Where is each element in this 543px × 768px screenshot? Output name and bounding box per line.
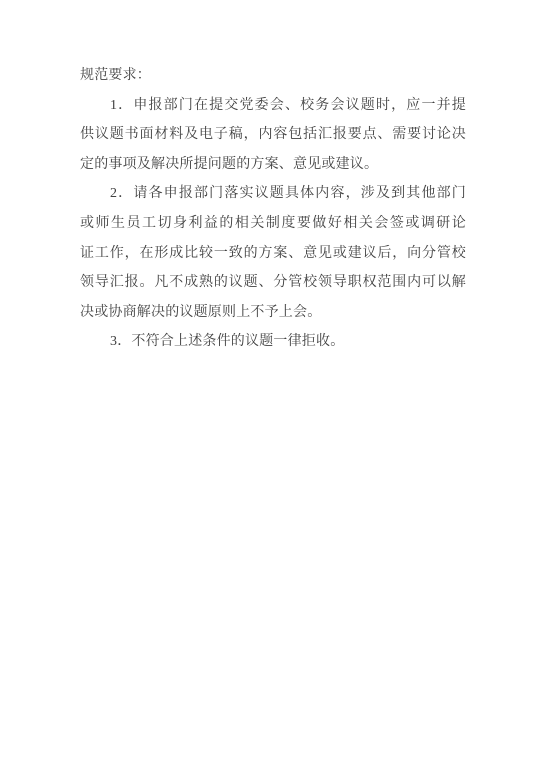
paragraph-1-line-1: 1．申报部门在提交党委会、校务会议题时，应一并提: [80, 91, 466, 121]
paragraph-2-line-4: 领导汇报。凡不成熟的议题、分管校领导职权范围内可以解: [80, 268, 466, 298]
heading-line: 规范要求：: [80, 61, 466, 91]
paragraph-2: 2．请各申报部门落实议题具体内容，涉及到其他部门 或师生员工切身利益的相关制度要…: [80, 179, 466, 327]
document-body: 规范要求： 1．申报部门在提交党委会、校务会议题时，应一并提 供议题书面材料及电…: [80, 61, 466, 357]
paragraph-3-line-1: 3．不符合上述条件的议题一律拒收。: [80, 327, 466, 357]
paragraph-1-line-2: 供议题书面材料及电子稿，内容包括汇报要点、需要讨论决: [80, 120, 466, 150]
paragraph-2-line-2: 或师生员工切身利益的相关制度要做好相关会签或调研论: [80, 209, 466, 239]
paragraph-3: 3．不符合上述条件的议题一律拒收。: [80, 327, 466, 357]
paragraph-2-line-3: 证工作，在形成比较一致的方案、意见或建议后，向分管校: [80, 239, 466, 269]
paragraph-1: 1．申报部门在提交党委会、校务会议题时，应一并提 供议题书面材料及电子稿，内容包…: [80, 91, 466, 180]
document-page: 规范要求： 1．申报部门在提交党委会、校务会议题时，应一并提 供议题书面材料及电…: [0, 0, 543, 768]
paragraph-2-line-5: 决或协商解决的议题原则上不予上会。: [80, 298, 466, 328]
paragraph-2-line-1: 2．请各申报部门落实议题具体内容，涉及到其他部门: [80, 179, 466, 209]
paragraph-1-line-3: 定的事项及解决所提问题的方案、意见或建议。: [80, 150, 466, 180]
